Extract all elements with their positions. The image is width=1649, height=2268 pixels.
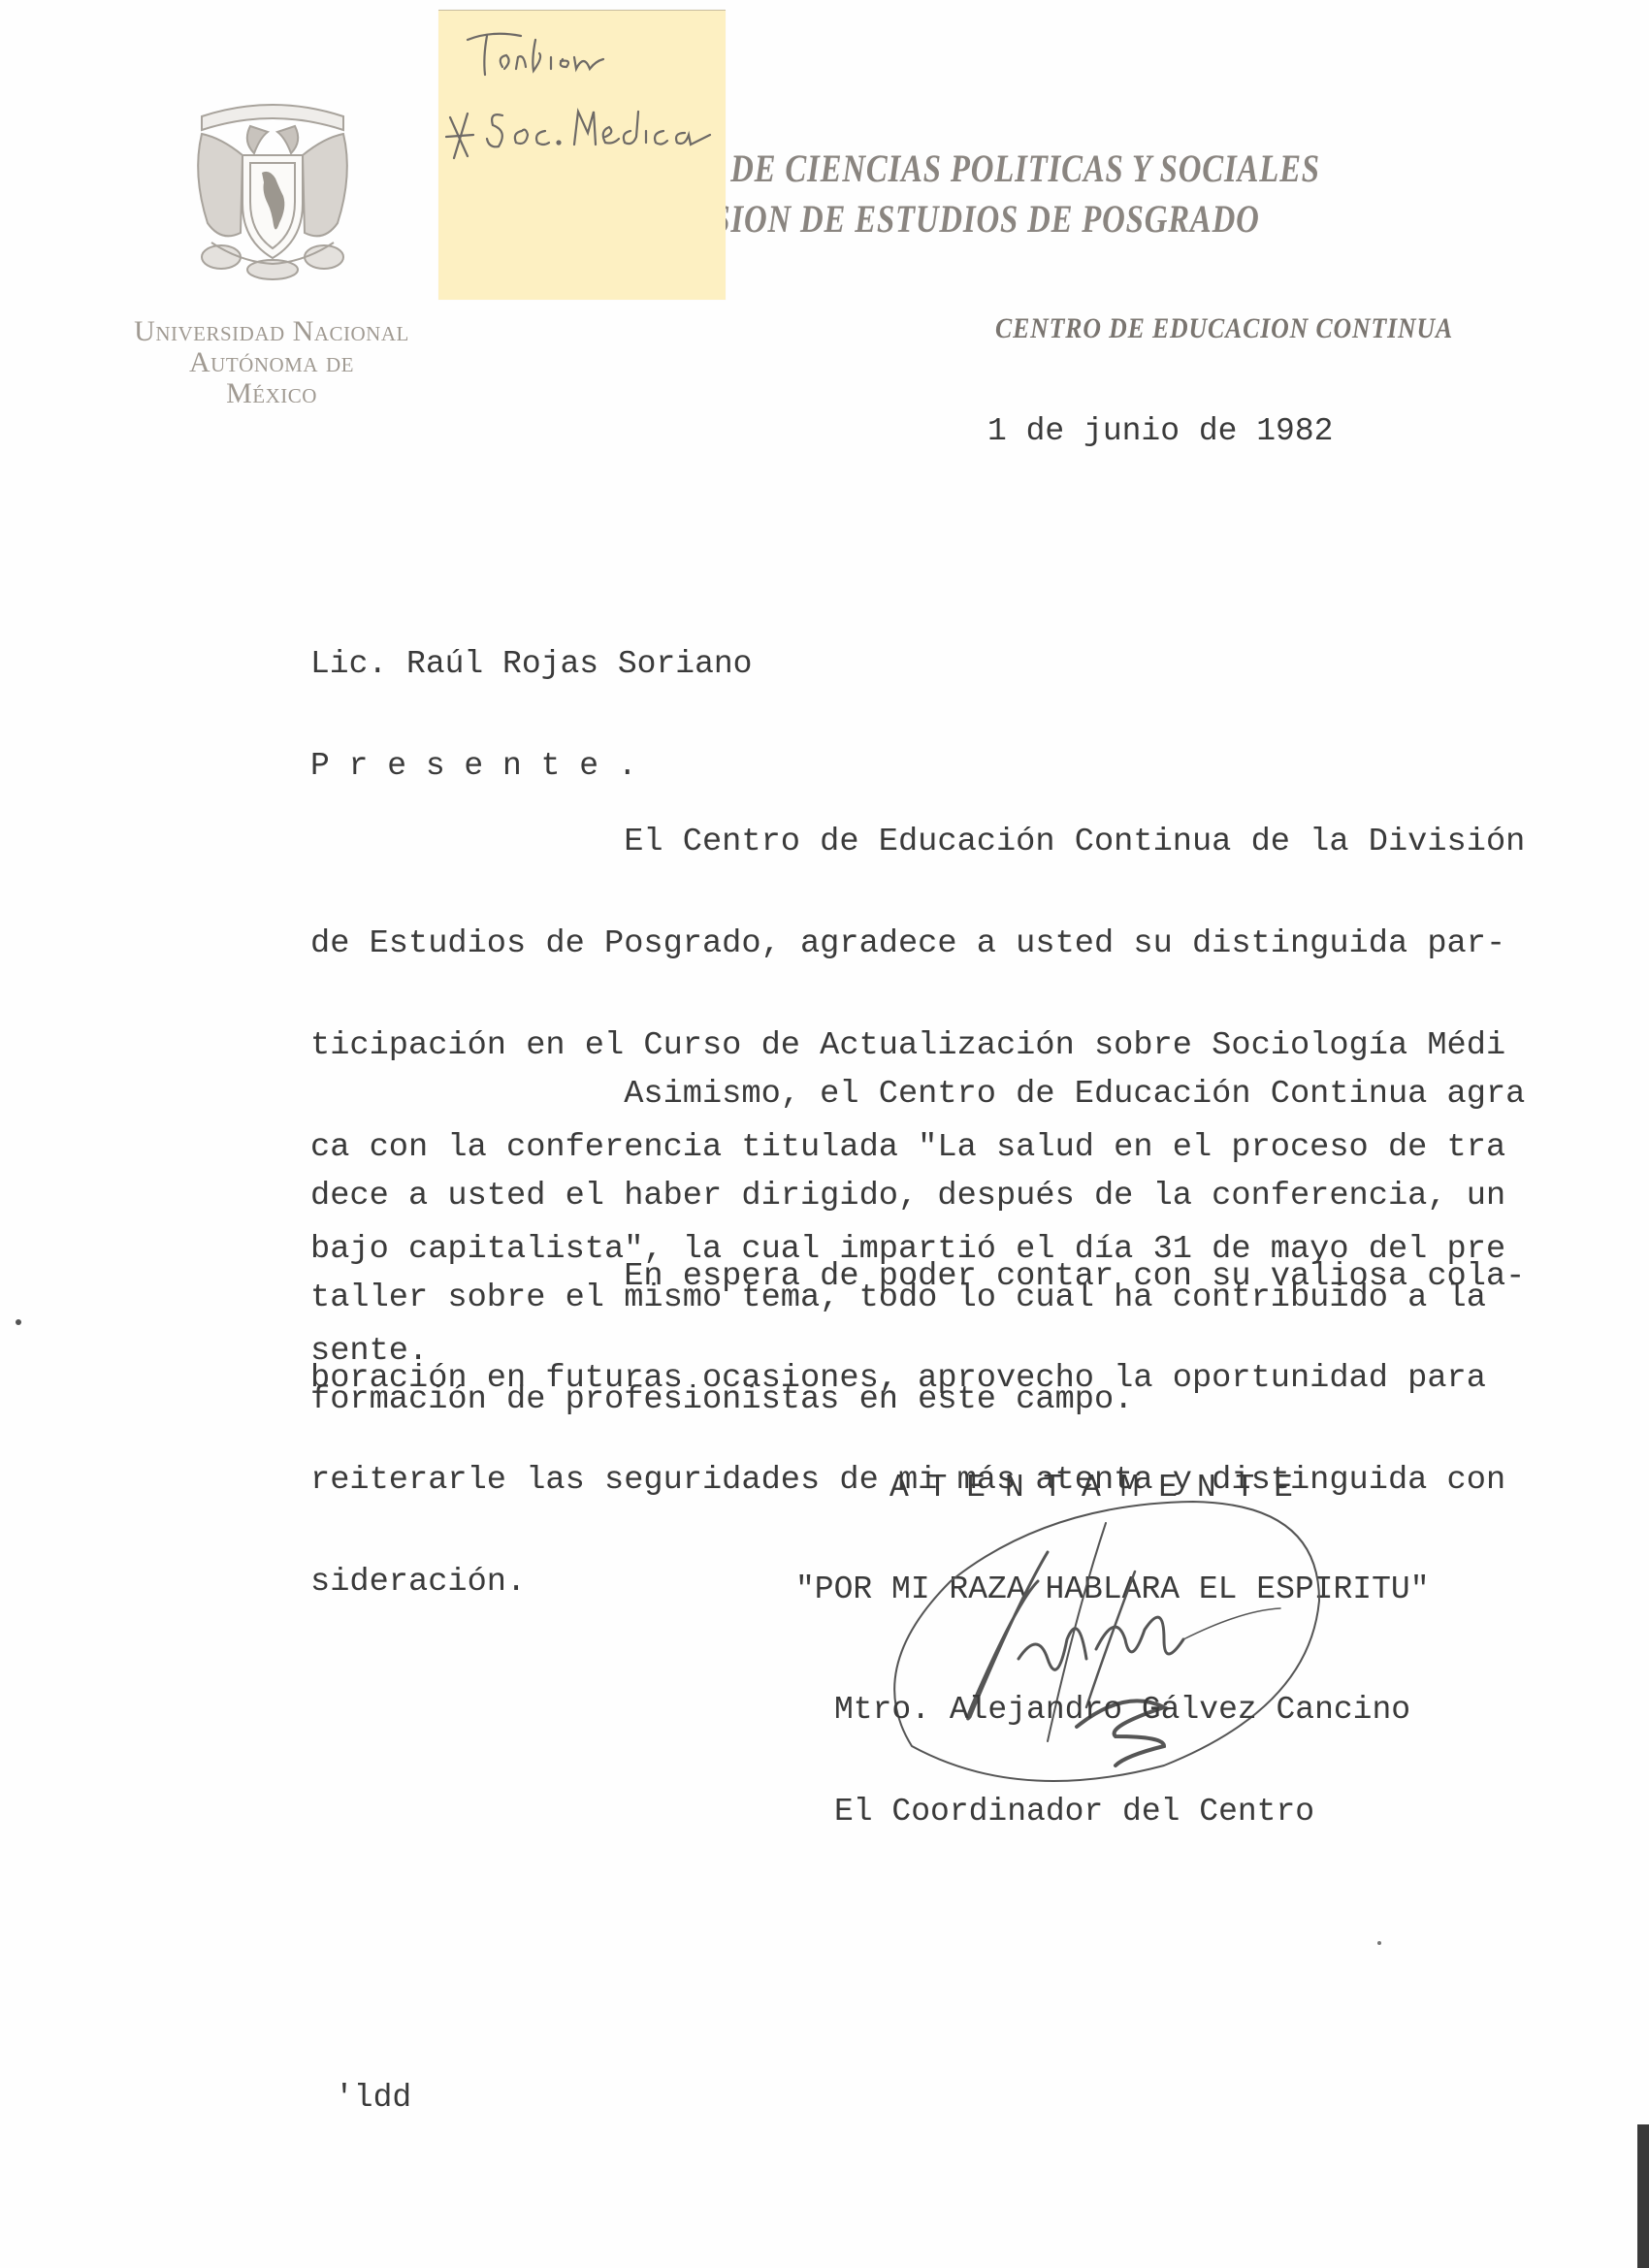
body-line: boración en futuras ocasiones, aprovecho…: [310, 1361, 1525, 1395]
unam-seal-logo: [182, 87, 363, 283]
division-heading: DIVISION DE ESTUDIOS DE POSGRADO: [640, 196, 1260, 242]
recipient-name: Lic. Raúl Rojas Soriano: [310, 647, 752, 681]
scan-speck: [16, 1319, 21, 1325]
university-name-line-2: Autónoma de: [116, 347, 427, 378]
scan-speck: [1377, 1941, 1381, 1945]
body-line: Asimismo, el Centro de Educación Continu…: [310, 1077, 1525, 1111]
sticky-note: [438, 10, 726, 300]
body-line: de Estudios de Posgrado, agradece a uste…: [310, 926, 1525, 960]
body-line: El Centro de Educación Continua de la Di…: [310, 825, 1525, 859]
signer-title: El Coordinador del Centro: [834, 1795, 1410, 1829]
scan-edge-shadow: [1637, 2124, 1649, 2268]
reference-initials: 'ldd: [335, 2081, 411, 2115]
university-name-line-3: México: [116, 378, 427, 409]
letter-date: 1 de junio de 1982: [987, 414, 1333, 448]
university-name-line-1: Universidad Nacional: [116, 316, 427, 347]
signer-name: Mtro. Alejandro Gálvez Cancino: [834, 1693, 1410, 1727]
university-name: Universidad Nacional Autónoma de México: [116, 316, 427, 409]
body-line: En espera de poder contar con su valiosa…: [310, 1259, 1525, 1293]
center-heading: CENTRO DE EDUCACION CONTINUA: [995, 312, 1453, 345]
signer-block: Mtro. Alejandro Gálvez Cancino El Coordi…: [834, 1625, 1410, 1863]
